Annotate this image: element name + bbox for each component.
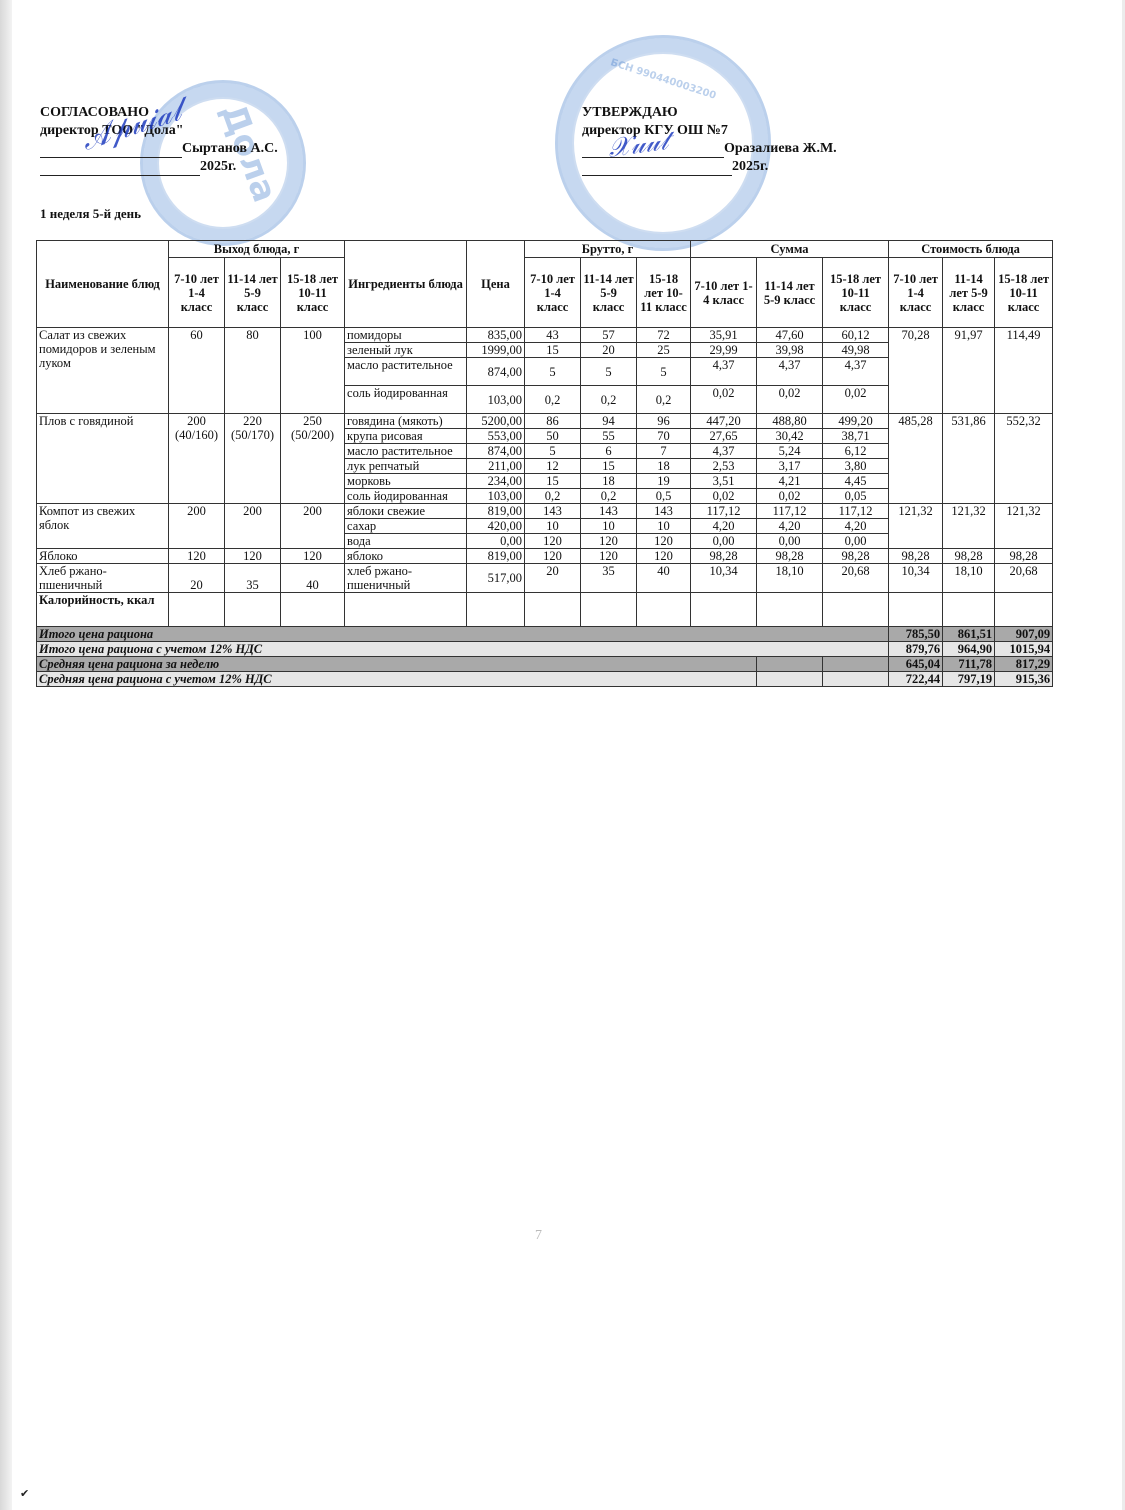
- ingredient-name: лук репчатый: [345, 459, 467, 474]
- dish-cost: 18,10: [943, 564, 995, 593]
- subheader-cost-2: 15-18 лет 10-11 класс: [995, 258, 1053, 328]
- ingredient-sum: 4,37: [823, 358, 889, 386]
- dish-name: Плов с говядиной: [37, 414, 169, 504]
- dish-output: 200: [225, 504, 281, 549]
- ingredient-sum: 4,37: [691, 444, 757, 459]
- ingredient-price: 819,00: [467, 549, 525, 564]
- ingredient-sum: 2,53: [691, 459, 757, 474]
- ingredient-brutto: 120: [637, 549, 691, 564]
- ingredient-brutto: 143: [637, 504, 691, 519]
- calories-cell: [995, 593, 1053, 627]
- ingredient-brutto: 70: [637, 429, 691, 444]
- total-label: Итого цена рациона с учетом 12% НДС: [37, 642, 889, 657]
- menu-table: Наименование блюд Выход блюда, г Ингреди…: [36, 240, 1053, 687]
- ingredient-name: морковь: [345, 474, 467, 489]
- dish-output: 20: [169, 564, 225, 593]
- ingredient-sum: 6,12: [823, 444, 889, 459]
- total-label: Итого цена рациона: [37, 627, 889, 642]
- dish-cost: 121,32: [889, 504, 943, 549]
- dish-output: 35: [225, 564, 281, 593]
- ingredient-brutto: 25: [637, 343, 691, 358]
- ingredient-brutto: 143: [525, 504, 581, 519]
- ingredient-price: 420,00: [467, 519, 525, 534]
- ingredient-brutto: 57: [581, 328, 637, 343]
- stamp-right-text: БСН 990440003200: [609, 57, 717, 102]
- ingredient-sum: 4,20: [757, 519, 823, 534]
- header-output: Выход блюда, г: [169, 241, 345, 258]
- subheader-brutto-0: 7-10 лет 1-4 класс: [525, 258, 581, 328]
- dish-output: 80: [225, 328, 281, 414]
- subheader-cost-0: 7-10 лет 1-4 класс: [889, 258, 943, 328]
- ingredient-brutto: 0,2: [637, 386, 691, 414]
- calories-cell: [225, 593, 281, 627]
- dish-name: Хлеб ржано-пшеничный: [37, 564, 169, 593]
- calories-cell: [823, 593, 889, 627]
- ingredient-sum: 20,68: [823, 564, 889, 593]
- ingredient-brutto: 20: [581, 343, 637, 358]
- calories-cell: [757, 593, 823, 627]
- ingredient-name: зеленый лук: [345, 343, 467, 358]
- table-row: Компот из свежих яблок200200200яблоки св…: [37, 504, 1053, 519]
- dish-cost: 98,28: [889, 549, 943, 564]
- ingredient-sum: 0,00: [823, 534, 889, 549]
- ingredient-brutto: 0,2: [581, 489, 637, 504]
- total-value: 722,44: [889, 672, 943, 687]
- ingredient-brutto: 0,2: [581, 386, 637, 414]
- header-sum: Сумма: [691, 241, 889, 258]
- dish-output: 60: [169, 328, 225, 414]
- total-row: Средняя цена рациона с учетом 12% НДС722…: [37, 672, 1053, 687]
- ingredient-sum: 0,02: [823, 386, 889, 414]
- ingredient-brutto: 120: [581, 534, 637, 549]
- total-value: 645,04: [889, 657, 943, 672]
- calories-cell: [281, 593, 345, 627]
- ingredient-brutto: 6: [581, 444, 637, 459]
- dish-cost: 531,86: [943, 414, 995, 504]
- ingredient-price: 103,00: [467, 489, 525, 504]
- total-row: Средняя цена рациона за неделю645,04711,…: [37, 657, 1053, 672]
- ingredient-brutto: 5: [637, 358, 691, 386]
- ingredient-price: 103,00: [467, 386, 525, 414]
- dish-output: 120: [225, 549, 281, 564]
- dish-output: 120: [281, 549, 345, 564]
- ingredient-sum: 117,12: [757, 504, 823, 519]
- ingredient-name: яблоко: [345, 549, 467, 564]
- dish-name: Яблоко: [37, 549, 169, 564]
- dish-cost: 10,34: [889, 564, 943, 593]
- total-spacer: [823, 657, 889, 672]
- ingredient-brutto: 7: [637, 444, 691, 459]
- calories-cell: [637, 593, 691, 627]
- ingredient-sum: 60,12: [823, 328, 889, 343]
- dish-cost: 114,49: [995, 328, 1053, 414]
- ingredient-brutto: 43: [525, 328, 581, 343]
- subheader-brutto-2: 15-18 лет 10-11 класс: [637, 258, 691, 328]
- ingredient-sum: 5,24: [757, 444, 823, 459]
- ingredient-sum: 49,98: [823, 343, 889, 358]
- dish-cost: 121,32: [943, 504, 995, 549]
- ingredient-sum: 27,65: [691, 429, 757, 444]
- calories-cell: [345, 593, 467, 627]
- ingredient-brutto: 10: [637, 519, 691, 534]
- dish-output: 120: [169, 549, 225, 564]
- subheader-output-2: 15-18 лет 10-11 класс: [281, 258, 345, 328]
- ingredient-name: сахар: [345, 519, 467, 534]
- total-spacer: [757, 657, 823, 672]
- total-label: Средняя цена рациона с учетом 12% НДС: [37, 672, 757, 687]
- dish-output: 200: [169, 504, 225, 549]
- header-ingredients: Ингредиенты блюда: [345, 241, 467, 328]
- dish-output: 200: [281, 504, 345, 549]
- dish-name: Салат из свежих помидоров и зеленым луко…: [37, 328, 169, 414]
- ingredient-name: вода: [345, 534, 467, 549]
- ingredient-brutto: 120: [637, 534, 691, 549]
- total-value: 915,36: [995, 672, 1053, 687]
- calories-row: Калорийность, ккал: [37, 593, 1053, 627]
- total-value: 861,51: [943, 627, 995, 642]
- total-value: 817,29: [995, 657, 1053, 672]
- total-spacer: [823, 672, 889, 687]
- ingredient-price: 234,00: [467, 474, 525, 489]
- ingredient-sum: 4,45: [823, 474, 889, 489]
- ingredient-price: 1999,00: [467, 343, 525, 358]
- ingredient-brutto: 20: [525, 564, 581, 593]
- ingredient-sum: 4,20: [691, 519, 757, 534]
- ingredient-brutto: 12: [525, 459, 581, 474]
- ingredient-name: говядина (мякоть): [345, 414, 467, 429]
- date-line: [582, 161, 732, 176]
- check-mark-icon: ✔: [20, 1487, 29, 1500]
- table-row: Салат из свежих помидоров и зеленым луко…: [37, 328, 1053, 343]
- ingredient-brutto: 55: [581, 429, 637, 444]
- ingredient-name: масло растительное: [345, 444, 467, 459]
- ingredient-sum: 4,20: [823, 519, 889, 534]
- ingredient-brutto: 5: [525, 358, 581, 386]
- calories-cell: [943, 593, 995, 627]
- ingredient-sum: 35,91: [691, 328, 757, 343]
- approval-right-title: УТВЕРЖДАЮ: [582, 104, 882, 122]
- ingredient-name: соль йодированная: [345, 489, 467, 504]
- calories-cell: [169, 593, 225, 627]
- approval-left-year: 2025г.: [200, 158, 236, 176]
- total-row: Итого цена рациона785,50861,51907,09: [37, 627, 1053, 642]
- ingredient-sum: 3,51: [691, 474, 757, 489]
- dish-cost: 98,28: [995, 549, 1053, 564]
- ingredient-price: 874,00: [467, 444, 525, 459]
- subheader-sum-0: 7-10 лет 1-4 класс: [691, 258, 757, 328]
- ingredient-sum: 0,02: [691, 386, 757, 414]
- header-brutto: Брутто, г: [525, 241, 691, 258]
- subheader-sum-2: 15-18 лет 10-11 класс: [823, 258, 889, 328]
- ingredient-sum: 98,28: [757, 549, 823, 564]
- ingredient-brutto: 35: [581, 564, 637, 593]
- dish-output: 250 (50/200): [281, 414, 345, 504]
- ingredient-brutto: 18: [637, 459, 691, 474]
- ingredient-sum: 18,10: [757, 564, 823, 593]
- ingredient-brutto: 40: [637, 564, 691, 593]
- total-label: Средняя цена рациона за неделю: [37, 657, 757, 672]
- ingredient-brutto: 50: [525, 429, 581, 444]
- ingredient-sum: 447,20: [691, 414, 757, 429]
- calories-cell: [581, 593, 637, 627]
- total-value: 907,09: [995, 627, 1053, 642]
- dish-cost: 91,97: [943, 328, 995, 414]
- dish-cost: 98,28: [943, 549, 995, 564]
- ingredient-brutto: 86: [525, 414, 581, 429]
- page-number: 7: [535, 1228, 542, 1244]
- ingredient-sum: 4,21: [757, 474, 823, 489]
- total-value: 711,78: [943, 657, 995, 672]
- ingredient-brutto: 0,2: [525, 386, 581, 414]
- ingredient-brutto: 15: [581, 459, 637, 474]
- ingredient-price: 5200,00: [467, 414, 525, 429]
- ingredient-sum: 29,99: [691, 343, 757, 358]
- table-row: Яблоко120120120яблоко819,0012012012098,2…: [37, 549, 1053, 564]
- ingredient-name: крупа рисовая: [345, 429, 467, 444]
- ingredient-sum: 499,20: [823, 414, 889, 429]
- approval-right-name: Оразалиева Ж.М.: [724, 140, 837, 158]
- date-line: [40, 161, 200, 176]
- ingredient-sum: 0,00: [691, 534, 757, 549]
- total-value: 797,19: [943, 672, 995, 687]
- dish-cost: 20,68: [995, 564, 1053, 593]
- approval-left-title: СОГЛАСОВАНО: [40, 104, 340, 122]
- ingredient-brutto: 18: [581, 474, 637, 489]
- page-edge: [0, 0, 12, 1510]
- ingredient-sum: 47,60: [757, 328, 823, 343]
- ingredient-sum: 98,28: [691, 549, 757, 564]
- dish-output: 40: [281, 564, 345, 593]
- calories-cell: [691, 593, 757, 627]
- ingredient-brutto: 96: [637, 414, 691, 429]
- total-value: 964,90: [943, 642, 995, 657]
- ingredient-sum: 0,05: [823, 489, 889, 504]
- ingredient-sum: 30,42: [757, 429, 823, 444]
- ingredient-price: 819,00: [467, 504, 525, 519]
- ingredient-sum: 3,17: [757, 459, 823, 474]
- ingredient-sum: 488,80: [757, 414, 823, 429]
- total-value: 785,50: [889, 627, 943, 642]
- dish-cost: 70,28: [889, 328, 943, 414]
- ingredient-sum: 98,28: [823, 549, 889, 564]
- ingredient-sum: 3,80: [823, 459, 889, 474]
- ingredient-sum: 39,98: [757, 343, 823, 358]
- table-row: Плов с говядиной200 (40/160)220 (50/170)…: [37, 414, 1053, 429]
- approval-left-name: Сыртанов А.С.: [182, 140, 278, 158]
- table-row: Хлеб ржано-пшеничный203540хлеб ржано-пше…: [37, 564, 1053, 593]
- total-row: Итого цена рациона с учетом 12% НДС879,7…: [37, 642, 1053, 657]
- ingredient-name: масло растительное: [345, 358, 467, 386]
- ingredient-sum: 38,71: [823, 429, 889, 444]
- ingredient-name: соль йодированная: [345, 386, 467, 414]
- ingredient-brutto: 72: [637, 328, 691, 343]
- subheader-brutto-1: 11-14 лет 5-9 класс: [581, 258, 637, 328]
- ingredient-price: 517,00: [467, 564, 525, 593]
- header-dish-name: Наименование блюд: [37, 241, 169, 328]
- ingredient-brutto: 15: [525, 474, 581, 489]
- header-cost: Стоимость блюда: [889, 241, 1053, 258]
- dish-cost: 552,32: [995, 414, 1053, 504]
- subheader-sum-1: 11-14 лет 5-9 класс: [757, 258, 823, 328]
- ingredient-brutto: 19: [637, 474, 691, 489]
- total-value: 879,76: [889, 642, 943, 657]
- dish-name: Компот из свежих яблок: [37, 504, 169, 549]
- calories-cell: [467, 593, 525, 627]
- dish-output: 220 (50/170): [225, 414, 281, 504]
- ingredient-brutto: 143: [581, 504, 637, 519]
- ingredient-price: 835,00: [467, 328, 525, 343]
- ingredient-brutto: 0,5: [637, 489, 691, 504]
- ingredient-brutto: 10: [525, 519, 581, 534]
- calories-cell: [525, 593, 581, 627]
- ingredient-price: 211,00: [467, 459, 525, 474]
- ingredient-brutto: 5: [525, 444, 581, 459]
- ingredient-sum: 0,02: [757, 489, 823, 504]
- ingredient-brutto: 120: [581, 549, 637, 564]
- ingredient-brutto: 15: [525, 343, 581, 358]
- ingredient-sum: 117,12: [823, 504, 889, 519]
- ingredient-sum: 117,12: [691, 504, 757, 519]
- ingredient-sum: 0,02: [757, 386, 823, 414]
- subheader-output-1: 11-14 лет 5-9 класс: [225, 258, 281, 328]
- dish-output: 100: [281, 328, 345, 414]
- ingredient-brutto: 5: [581, 358, 637, 386]
- ingredient-sum: 4,37: [757, 358, 823, 386]
- approval-right-year: 2025г.: [732, 158, 768, 176]
- calories-cell: [889, 593, 943, 627]
- week-day-label: 1 неделя 5-й день: [40, 206, 141, 222]
- ingredient-price: 874,00: [467, 358, 525, 386]
- ingredient-brutto: 0,2: [525, 489, 581, 504]
- subheader-cost-1: 11-14 лет 5-9 класс: [943, 258, 995, 328]
- subheader-output-0: 7-10 лет 1-4 класс: [169, 258, 225, 328]
- dish-cost: 485,28: [889, 414, 943, 504]
- ingredient-brutto: 94: [581, 414, 637, 429]
- header-price: Цена: [467, 241, 525, 328]
- ingredient-sum: 10,34: [691, 564, 757, 593]
- ingredient-sum: 4,37: [691, 358, 757, 386]
- total-value: 1015,94: [995, 642, 1053, 657]
- dish-output: 200 (40/160): [169, 414, 225, 504]
- ingredient-sum: 0,00: [757, 534, 823, 549]
- ingredient-name: хлеб ржано-пшеничный: [345, 564, 467, 593]
- dish-cost: 121,32: [995, 504, 1053, 549]
- ingredient-price: 0,00: [467, 534, 525, 549]
- ingredient-price: 553,00: [467, 429, 525, 444]
- ingredient-brutto: 120: [525, 549, 581, 564]
- total-spacer: [757, 672, 823, 687]
- ingredient-sum: 0,02: [691, 489, 757, 504]
- ingredient-name: помидоры: [345, 328, 467, 343]
- ingredient-brutto: 10: [581, 519, 637, 534]
- ingredient-brutto: 120: [525, 534, 581, 549]
- ingredient-name: яблоки свежие: [345, 504, 467, 519]
- calories-label: Калорийность, ккал: [37, 593, 169, 627]
